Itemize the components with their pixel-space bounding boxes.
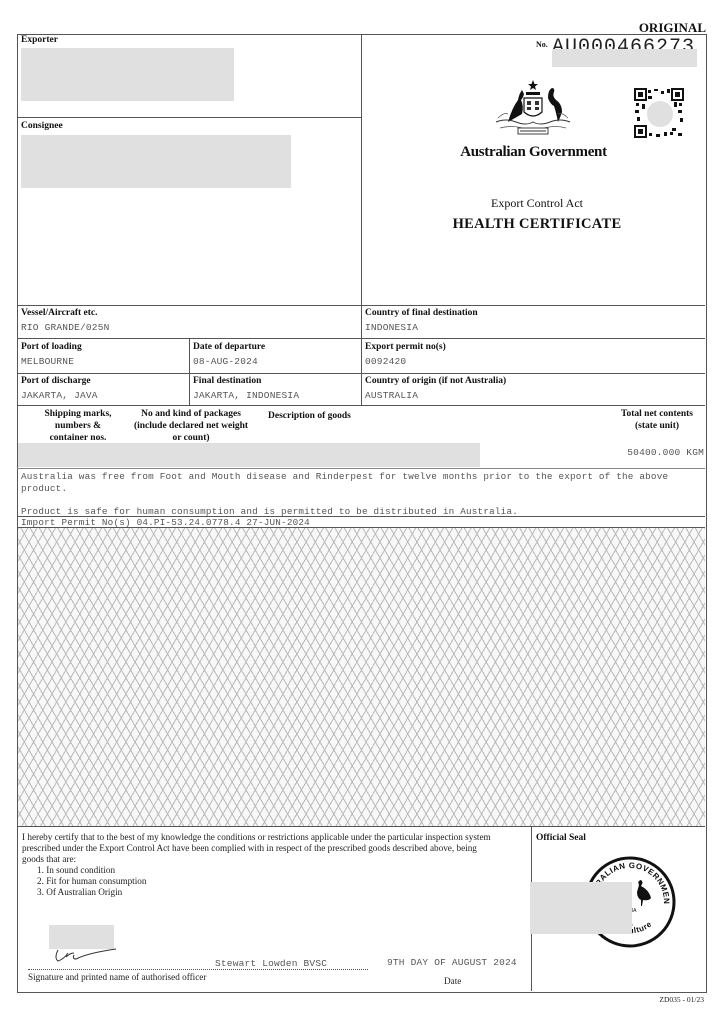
date-label: Date — [444, 976, 461, 987]
certification-statement: I hereby certify that to the best of my … — [22, 832, 527, 898]
vessel-label: Vessel/Aircraft etc. — [21, 308, 98, 318]
final-dest-label: Final destination — [193, 376, 261, 386]
qr-code-icon — [634, 88, 684, 138]
final-country-label: Country of final destination — [365, 308, 478, 318]
statement-line: prescribed under the Export Control Act … — [22, 843, 527, 854]
vessel-value: RIO GRANDE/025N — [21, 322, 110, 333]
consignee-redacted — [21, 135, 291, 188]
remarks-line-2: product. — [21, 483, 67, 494]
divider — [17, 117, 361, 118]
exporter-label: Exporter — [21, 35, 58, 45]
official-seal-label: Official Seal — [536, 833, 586, 843]
void-crosshatch — [18, 528, 705, 826]
permit-label: Export permit no(s) — [365, 342, 446, 352]
statement-line: I hereby certify that to the best of my … — [22, 832, 527, 843]
port-loading-label: Port of loading — [21, 342, 82, 352]
col-description: Description of goods — [268, 411, 351, 421]
port-discharge-value: JAKARTA, JAVA — [21, 390, 98, 401]
col-total-line: (state unit) — [612, 420, 702, 432]
government-title: Australian Government — [362, 144, 705, 161]
col-packages: No and kind of packages (include declare… — [126, 408, 256, 444]
final-country-value: INDONESIA — [365, 322, 418, 333]
number-redacted — [552, 49, 697, 67]
condition-item: 3. Of Australian Origin — [22, 887, 527, 898]
certification-date: 9TH DAY OF AUGUST 2024 — [387, 957, 517, 968]
form-code: ZD035 - 01/23 — [659, 995, 704, 1004]
divider — [361, 34, 362, 305]
remarks-line-1: Australia was free from Foot and Mouth d… — [21, 471, 668, 482]
permit-value: 0092420 — [365, 356, 406, 367]
col-packages-line: (include declared net weight — [126, 420, 256, 432]
officer-name: Stewart Lowden BVSC — [215, 958, 327, 969]
signature-redacted — [49, 925, 114, 949]
col-marks-line: Shipping marks, — [30, 408, 126, 420]
col-shipping-marks: Shipping marks, numbers & container nos. — [30, 408, 126, 444]
goods-redacted — [18, 443, 480, 467]
origin-value: AUSTRALIA — [365, 390, 418, 401]
signature-line — [28, 969, 368, 970]
departure-label: Date of departure — [193, 342, 265, 352]
col-total-line: Total net contents — [612, 408, 702, 420]
divider — [17, 468, 705, 469]
col-packages-line: No and kind of packages — [126, 408, 256, 420]
condition-item: 2. Fit for human consumption — [22, 876, 527, 887]
act-name: Export Control Act — [362, 196, 712, 211]
final-dest-value: JAKARTA, INDONESIA — [193, 390, 299, 401]
col-marks-line: numbers & — [30, 420, 126, 432]
port-loading-value: MELBOURNE — [21, 356, 74, 367]
number-label: No. — [536, 40, 548, 49]
col-total: Total net contents (state unit) — [612, 408, 702, 432]
departure-value: 08-AUG-2024 — [193, 356, 258, 367]
divider — [361, 305, 362, 405]
divider — [17, 405, 705, 406]
statement-line: goods that are: — [22, 854, 527, 865]
port-discharge-label: Port of discharge — [21, 376, 91, 386]
exporter-redacted — [21, 48, 234, 101]
signature-label: Signature and printed name of authorised… — [28, 972, 206, 983]
document-title: HEALTH CERTIFICATE — [362, 216, 712, 233]
signature-icon — [52, 947, 118, 963]
divider — [189, 338, 190, 405]
origin-label: Country of origin (if not Australia) — [365, 376, 506, 386]
consignee-label: Consignee — [21, 121, 63, 131]
condition-item: 1. In sound condition — [22, 865, 527, 876]
total-net-contents: 50400.000 KGM — [627, 447, 704, 458]
seal-redacted — [530, 882, 632, 934]
divider — [17, 826, 705, 827]
coat-of-arms-icon — [490, 78, 576, 140]
